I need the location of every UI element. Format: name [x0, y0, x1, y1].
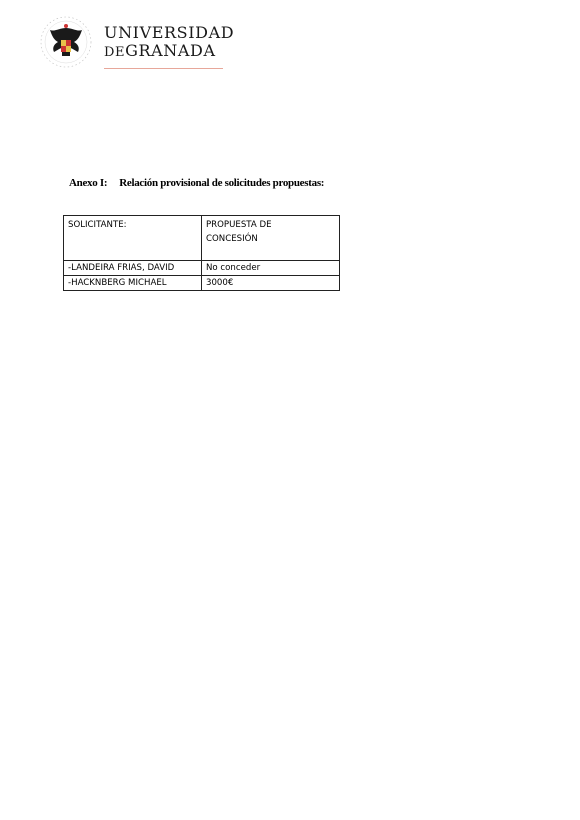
annex-label: Anexo I: [69, 177, 107, 189]
proposals-table: SOLICITANTE: PROPUESTA DECONCESIÓN -LAND… [63, 215, 340, 291]
table-row: -HACKNBERG MICHAEL 3000€ [64, 276, 340, 291]
university-seal-icon [40, 16, 92, 68]
cell-solicitante: -HACKNBERG MICHAEL [64, 276, 202, 291]
annex-heading: Anexo I:Relación provisional de solicitu… [69, 177, 324, 189]
header-solicitante: SOLICITANTE: [64, 216, 202, 261]
institution-name: UNIVERSIDAD DEGRANADA [104, 24, 234, 62]
institution-line1: UNIVERSIDAD [104, 24, 234, 42]
table-row: -LANDEIRA FRIAS, DAVID No conceder [64, 261, 340, 276]
institution-city: GRANADA [125, 41, 216, 60]
brand-divider [104, 68, 223, 69]
institution-prefix: DE [104, 45, 125, 60]
cell-propuesta: 3000€ [202, 276, 340, 291]
annex-title: Relación provisional de solicitudes prop… [119, 177, 324, 189]
institution-line2: DEGRANADA [104, 42, 234, 62]
cell-solicitante: -LANDEIRA FRIAS, DAVID [64, 261, 202, 276]
header-propuesta: PROPUESTA DECONCESIÓN [202, 216, 340, 261]
table-header-row: SOLICITANTE: PROPUESTA DECONCESIÓN [64, 216, 340, 261]
cell-propuesta: No conceder [202, 261, 340, 276]
